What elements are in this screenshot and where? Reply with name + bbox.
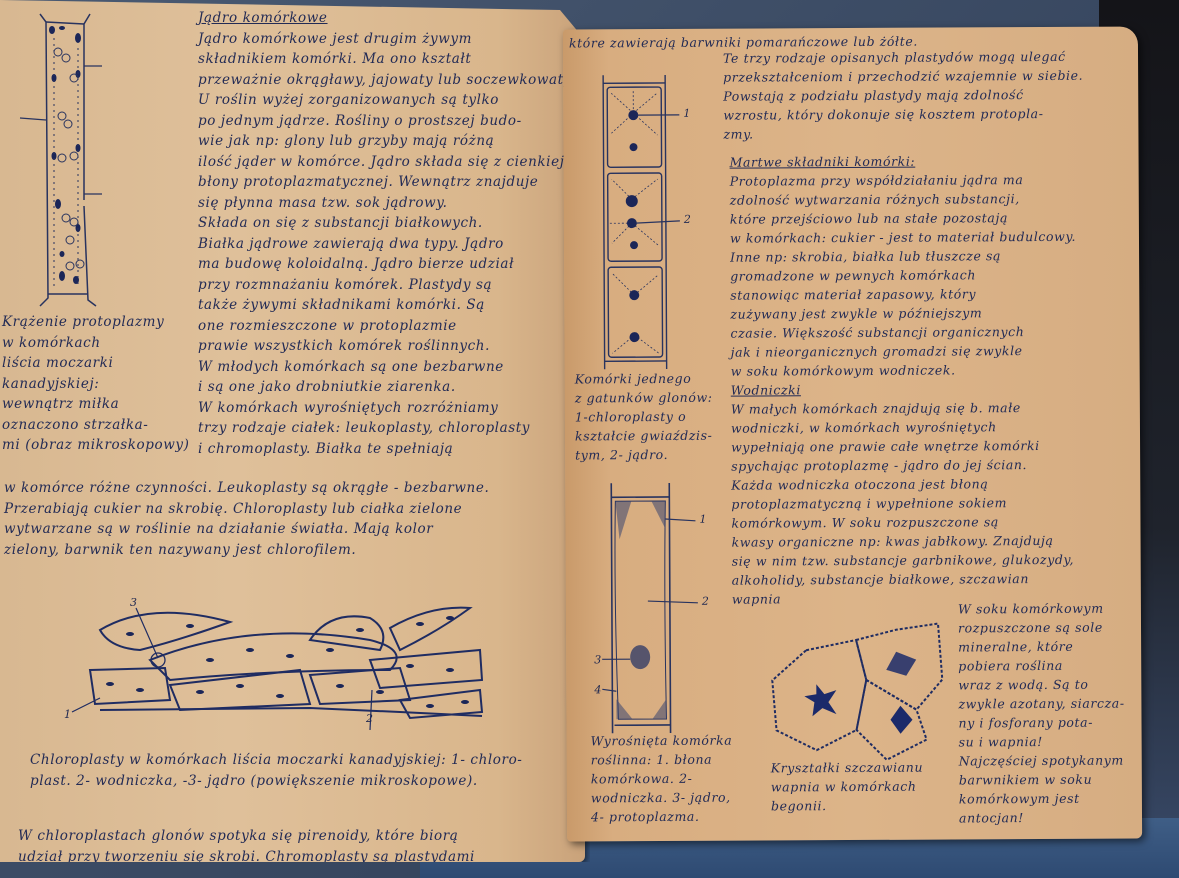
- caption-line: oznaczono strzałka-: [2, 415, 190, 436]
- caption-line: plast. 2- wodniczka, -3- jądro (powiększ…: [30, 771, 522, 792]
- text-line: w komórkach: cukier - jest to materiał b…: [730, 227, 1076, 248]
- text-line: Każda wodniczka otoczona jest błoną: [731, 474, 1077, 495]
- text-line: wytwarzane są w roślinie na działanie św…: [4, 519, 489, 540]
- text-line: Przerabiają cukier na skrobię. Chloropla…: [4, 499, 489, 520]
- text-line: ny i fosforany pota-: [958, 713, 1124, 733]
- caption-line: wapnia w komórkach: [771, 777, 923, 797]
- caption-line: w komórkach: [2, 333, 190, 354]
- section-heading: Martwe składniki komórki:: [730, 151, 1076, 172]
- text-line: barwnikiem w soku: [959, 770, 1125, 790]
- plant-cell-caption: Wyrośnięta komórka roślinna: 1. błona ko…: [591, 731, 733, 827]
- plastids-continuation: w komórce różne czynności. Leukoplasty s…: [4, 478, 489, 560]
- text-line: W młodych komórkach są one bezbarwne: [198, 357, 575, 378]
- text-line: składnikiem komórki. Ma ono kształt: [198, 49, 575, 70]
- text-line: w soku komórkowym wodniczek.: [731, 360, 1077, 381]
- text-line: wzrostu, który dokonuje się kosztem prot…: [723, 104, 1083, 125]
- caption-line: z gatunków glonów:: [575, 388, 713, 408]
- chloroplast-figure-caption: Chloroplasty w komórkach liścia moczarki…: [30, 750, 522, 791]
- text-line: zielony, barwnik ten nazywany jest chlor…: [4, 540, 489, 561]
- spirogyra-drawing: [599, 73, 711, 374]
- text-line: przy rozmnażaniu komórek. Plastydy są: [198, 275, 575, 296]
- text-line: ma budowę koloidalną. Jądro bierze udzia…: [198, 254, 575, 275]
- crystals-caption: Kryształki szczawianu wapnia w komórkach…: [771, 758, 924, 816]
- text-line: przeważnie okrągławy, jajowaty lub socze…: [198, 70, 575, 91]
- text-line: stanowiąc materiał zapasowy, który: [730, 284, 1076, 305]
- caption-line: 1-chloroplasty o: [575, 407, 713, 427]
- caption-line: wodniczka. 3- jądro,: [591, 788, 733, 808]
- text-line: i są one jako drobniutkie ziarenka.: [198, 377, 575, 398]
- text-line: su i wapnia!: [959, 732, 1125, 752]
- right-page: które zawierają barwniki pomarańczowe lu…: [563, 27, 1142, 842]
- text-line: trzy rodzaje ciałek: leukoplasty, chloro…: [198, 418, 575, 439]
- text-line: po jednym jądrze. Rośliny o prostszej bu…: [198, 111, 575, 132]
- text-line: alkoholidy, substancje białkowe, szczawi…: [732, 569, 1078, 590]
- text-line: W komórkach wyrośniętych rozróżniamy: [198, 398, 575, 419]
- text-line: wie jak np: glony lub grzyby mają różną: [198, 131, 575, 152]
- caption-line: 4- protoplazma.: [591, 807, 733, 827]
- text-line: prawie wszystkich komórek roślinnych.: [198, 336, 575, 357]
- figure-label: 1: [699, 513, 706, 526]
- text-line: czasie. Większość substancji organicznyc…: [730, 322, 1076, 343]
- text-line: Powstają z podziału plastydy mają zdolno…: [723, 85, 1083, 106]
- elodea-side-caption: Krążenie protoplazmy w komórkach liścia …: [2, 312, 190, 456]
- figure-label: 2: [702, 595, 709, 608]
- spirogyra-caption: Komórki jednego z gatunków glonów: 1-chl…: [575, 369, 713, 465]
- text-line: przekształceniom i przechodzić wzajemnie…: [723, 66, 1083, 87]
- text-line: się płynna masa tzw. sok jądrowy.: [198, 193, 575, 214]
- caption-line: Komórki jednego: [575, 369, 713, 389]
- caption-line: kształcie gwiaździs-: [575, 426, 713, 446]
- text-line: gromadzone w pewnych komórkach: [730, 265, 1076, 286]
- text-line: protoplazmatyczną i wypełnione sokiem: [731, 493, 1077, 514]
- caption-line: tym, 2- jądro.: [575, 445, 713, 465]
- calcium-oxalate-crystals-drawing: [766, 620, 947, 761]
- text-line: i chromoplasty. Białka te spełniają: [198, 439, 575, 460]
- text-line: wodniczki, w komórkach wyrośniętych: [731, 417, 1077, 438]
- elodea-cell-drawing: [18, 8, 98, 308]
- text-line: antocjan!: [959, 808, 1125, 828]
- text-line: W chloroplastach glonów spotyka się pire…: [18, 826, 475, 847]
- caption-line: roślinna: 1. błona: [591, 750, 733, 770]
- text-line: komórkowym. W soku rozpuszczone są: [731, 512, 1077, 533]
- text-line: Składa on się z substancji białkowych.: [198, 213, 575, 234]
- caption-line: mi (obraz mikroskopowy): [2, 435, 190, 456]
- text-line: spychając protoplazmę - jądro do jej ści…: [731, 455, 1077, 476]
- text-line: kwasy organiczne np: kwas jabłkowy. Znaj…: [732, 531, 1078, 552]
- text-line: ilość jąder w komórce. Jądro składa się …: [198, 152, 575, 173]
- caption-line: begonii.: [771, 796, 923, 816]
- chloroplast-cells-drawing: [70, 600, 490, 730]
- text-line: które przejściowo lub na stałe pozostają: [730, 208, 1076, 229]
- text-line: W soku komórkowym: [958, 599, 1124, 619]
- section-heading: Jądro komórkowe: [198, 8, 575, 29]
- figure-label: 2: [684, 213, 691, 226]
- left-page: Krążenie protoplazmy w komórkach liścia …: [0, 0, 585, 862]
- text-line: Te trzy rodzaje opisanych plastydów mogą…: [723, 47, 1083, 68]
- text-line: pobiera roślina: [958, 656, 1124, 676]
- caption-line: wewnątrz miłka: [2, 394, 190, 415]
- text-line: Najczęściej spotykanym: [959, 751, 1125, 771]
- figure-label: 4: [594, 683, 601, 696]
- plant-cell-drawing: [601, 479, 712, 740]
- text-line: także żywymi składnikami komórki. Są: [198, 295, 575, 316]
- caption-line: liścia moczarki: [2, 353, 190, 374]
- text-line: udział przy tworzeniu się skrobi. Chromo…: [18, 847, 475, 868]
- text-line: komórkowym jest: [959, 789, 1125, 809]
- text-line: w komórce różne czynności. Leukoplasty s…: [4, 478, 489, 499]
- text-line: W małych komórkach znajdują się b. małe: [731, 398, 1077, 419]
- dead-components-section: Martwe składniki komórki: Protoplazma pr…: [730, 151, 1078, 609]
- figure-label: 3: [130, 596, 137, 609]
- text-line: zmy.: [723, 123, 1083, 144]
- pyrenoid-text: W chloroplastach glonów spotyka się pire…: [18, 826, 475, 867]
- caption-line: Wyrośnięta komórka: [591, 731, 733, 751]
- nucleus-section: Jądro komórkowe Jądro komórkowe jest dru…: [198, 8, 575, 459]
- text-line: wypełniają one prawie całe wnętrze komór…: [731, 436, 1077, 457]
- caption-line: komórkowa. 2-: [591, 769, 733, 789]
- caption-line: Krążenie protoplazmy: [2, 312, 190, 333]
- text-line: Białka jądrowe zawierają dwa typy. Jądro: [198, 234, 575, 255]
- text-line: one rozmieszczone w protoplazmie: [198, 316, 575, 337]
- section-heading: Wodniczki: [731, 379, 1077, 400]
- plastids-transform-text: Te trzy rodzaje opisanych plastydów mogą…: [723, 47, 1084, 144]
- text-line: mineralne, które: [958, 637, 1124, 657]
- text-line: jak i nieorganicznych gromadzi się zwykl…: [731, 341, 1077, 362]
- text-line: Inne np: skrobia, białka lub tłuszcze są: [730, 246, 1076, 267]
- text-line: zwykle azotany, siarcza-: [958, 694, 1124, 714]
- text-line: Protoplazma przy współdziałaniu jądra ma: [730, 170, 1076, 191]
- text-line: rozpuszczone są sole: [958, 618, 1124, 638]
- figure-label: 1: [683, 107, 690, 120]
- cell-sap-side-text: W soku komórkowym rozpuszczone są sole m…: [958, 599, 1125, 828]
- caption-line: Kryształki szczawianu: [771, 758, 923, 778]
- figure-label: 3: [594, 653, 601, 666]
- text-line: zużywany jest zwykle w późniejszym: [730, 303, 1076, 324]
- caption-line: Chloroplasty w komórkach liścia moczarki…: [30, 750, 522, 771]
- caption-line: kanadyjskiej:: [2, 374, 190, 395]
- text-line: Jądro komórkowe jest drugim żywym: [198, 29, 575, 50]
- text-line: błony protoplazmatycznej. Wewnątrz znajd…: [198, 172, 575, 193]
- figure-label: 1: [64, 708, 71, 721]
- text-line: się w nim tzw. substancje garbnikowe, gl…: [732, 550, 1078, 571]
- text-line: zdolność wytwarzania różnych substancji,: [730, 189, 1076, 210]
- text-line: U roślin wyżej zorganizowanych są tylko: [198, 90, 575, 111]
- text-line: wraz z wodą. Są to: [958, 675, 1124, 695]
- figure-label: 2: [366, 712, 373, 725]
